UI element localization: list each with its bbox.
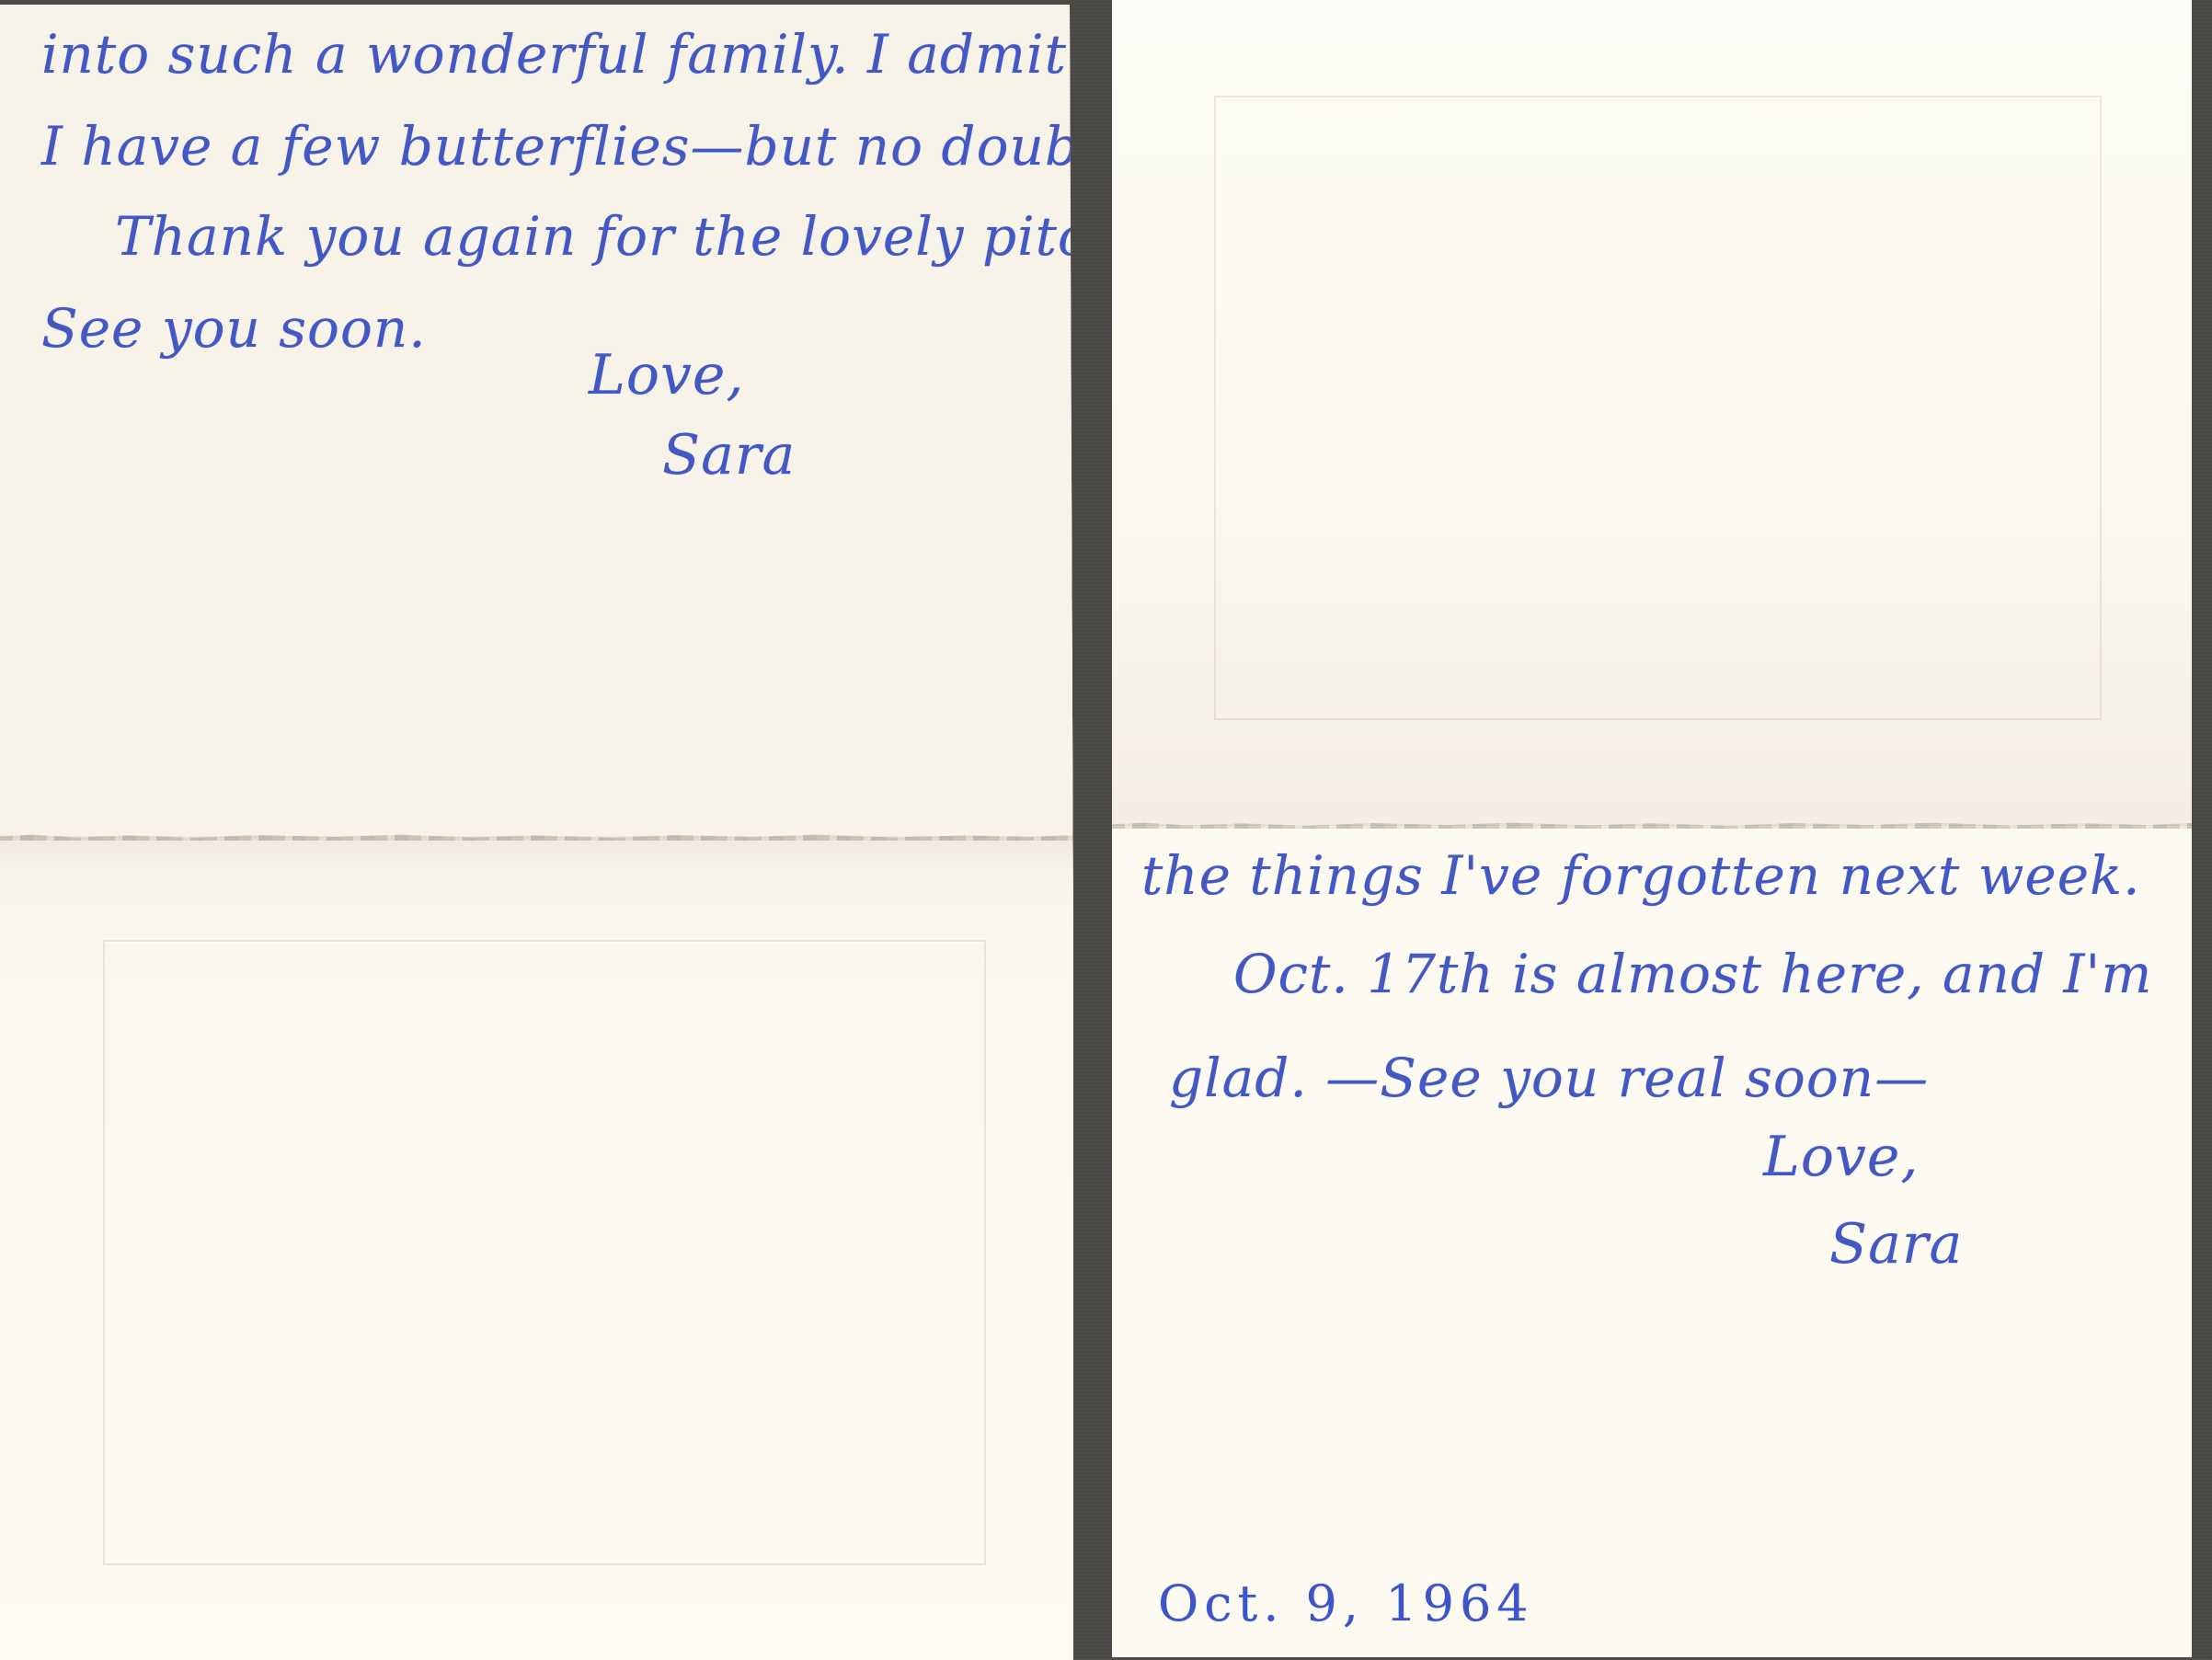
embossed-frame <box>1214 96 2102 720</box>
signature: Sara <box>1829 1212 1963 1276</box>
right-card-page: the things I've forgotten next week. Oct… <box>1112 0 2192 1657</box>
closing: Love, <box>589 343 744 407</box>
left-card-page: into such a wonderful family. I admit I … <box>0 5 1073 1660</box>
letter-line: glad. —See you real soon— <box>1169 1047 1929 1109</box>
letter-line: into such a wonderful family. I admit <box>41 23 1067 86</box>
embossed-frame <box>103 940 986 1565</box>
closing: Love, <box>1763 1125 1919 1189</box>
letter-line: Thank you again for the lovely pitcher. <box>115 205 1073 268</box>
letter-line: the things I've forgotten next week. <box>1141 844 2141 907</box>
letter-line: Oct. 17th is almost here, and I'm <box>1233 943 2152 1005</box>
letter-date: Oct. 9, 1964 <box>1158 1574 1534 1632</box>
letter-line: I have a few butterflies—but no doubts. <box>41 115 1073 177</box>
signature: Sara <box>662 423 796 487</box>
letter-line: See you soon. <box>41 297 427 360</box>
